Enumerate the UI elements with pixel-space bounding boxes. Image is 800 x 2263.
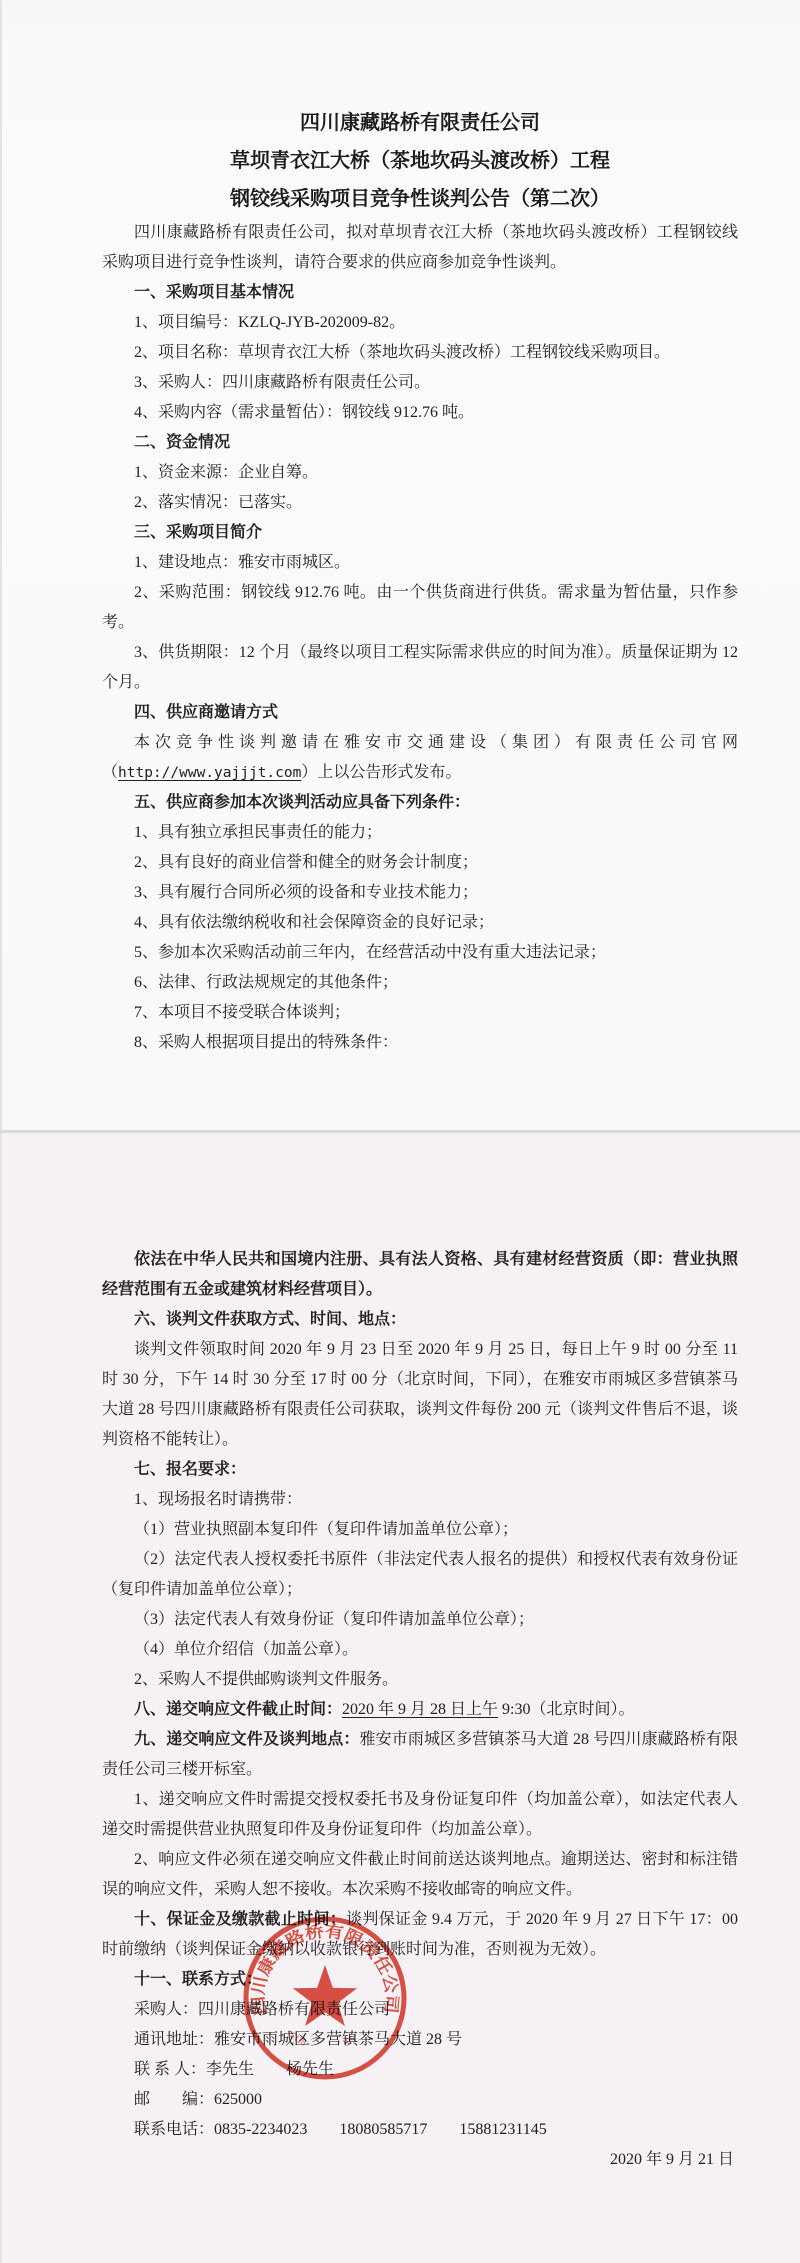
announcement-date: 2020 年 9 月 21 日 (102, 2145, 738, 2175)
s5-continuation-paragraph: 依法在中华人民共和国境内注册、具有法人资格、具有建材经营资质（即：营业执照经营范… (102, 1245, 738, 1305)
s7-item-5: （4）单位介绍信（加盖公章）。 (102, 1635, 738, 1665)
section-10-line: 十、保证金及缴款截止时间：谈判保证金 9.4 万元，于 2020 年 9 月 2… (102, 1905, 738, 1965)
s4-text-after-url: ）上以公告形式发布。 (301, 764, 461, 781)
document-page-1: 四川康藏路桥有限责任公司 草坝青衣江大桥（茶地坎码头渡改桥）工程 钢铰线采购项目… (0, 0, 800, 1130)
s1-item-4: 4、采购内容（需求量暂估）：钢铰线 912.76 吨。 (102, 398, 738, 428)
contact-phone-line: 联系电话：0835-2234023 18080585717 1588123114… (102, 2115, 738, 2145)
s1-item-1: 1、项目编号：KZLQ-JYB-202009-82。 (102, 308, 738, 338)
submission-deadline-underlined: 2020 年 9 月 28 日上午 (342, 1701, 498, 1718)
s7-item-1: 1、现场报名时请携带： (102, 1485, 738, 1515)
s5-item-4: 4、具有依法缴纳税收和社会保障资金的良好记录； (102, 908, 738, 938)
s7-item-2: （1）营业执照副本复印件（复印件请加盖单位公章）； (102, 1515, 738, 1545)
s7-item-4: （3）法定代表人有效身份证（复印件请加盖单位公章）； (102, 1605, 738, 1635)
section-1-heading: 一、采购项目基本情况 (102, 278, 738, 308)
contact-person-line: 联 系 人：李先生 杨先生 (102, 2055, 738, 2085)
section-7-heading: 七、报名要求： (102, 1455, 738, 1485)
scanned-announcement-document: { "seal": { "company": "四川康藏路桥有限责任公司", "… (0, 0, 800, 2263)
section-9-label: 九、递交响应文件及谈判地点： (134, 1731, 360, 1748)
doc-title-line-1: 四川康藏路桥有限责任公司 (102, 104, 738, 142)
intro-paragraph: 四川康藏路桥有限责任公司，拟对草坝青衣江大桥（茶地坎码头渡改桥）工程钢铰线采购项… (102, 218, 738, 278)
s2-item-1: 1、资金来源：企业自筹。 (102, 458, 738, 488)
submission-deadline-rest: 9:30（北京时间）。 (498, 1701, 634, 1718)
section-2-heading: 二、资金情况 (102, 428, 738, 458)
section-10-label: 十、保证金及缴款截止时间： (134, 1911, 346, 1928)
s2-item-2: 2、落实情况：已落实。 (102, 488, 738, 518)
s6-paragraph: 谈判文件领取时间 2020 年 9 月 23 日至 2020 年 9 月 25 … (102, 1335, 738, 1455)
s5-item-8: 8、采购人根据项目提出的特殊条件： (102, 1028, 738, 1058)
s7-item-3: （2）法定代表人授权委托书原件（非法定代表人报名的提供）和授权代表有效身份证（复… (102, 1545, 738, 1605)
s3-item-3: 3、供货期限：12 个月（最终以项目工程实际需求供应的时间为准）。质量保证期为 … (102, 638, 738, 698)
section-8-label: 八、递交响应文件截止时间： (134, 1701, 342, 1718)
section-5-heading: 五、供应商参加本次谈判活动应具备下列条件： (102, 788, 738, 818)
s5-item-7: 7、本项目不接受联合体谈判； (102, 998, 738, 1028)
section-11-heading: 十一、联系方式： (102, 1965, 738, 1995)
s5-item-6: 6、法律、行政法规规定的其他条件； (102, 968, 738, 998)
contact-address-line: 通讯地址：雅安市雨城区多营镇茶马大道 28 号 (102, 2025, 738, 2055)
s3-item-1: 1、建设地点：雅安市雨城区。 (102, 548, 738, 578)
doc-title-line-2: 草坝青衣江大桥（茶地坎码头渡改桥）工程 (102, 142, 738, 180)
s4-paragraph: 本次竞争性谈判邀请在雅安市交通建设（集团）有限责任公司官网（http://www… (102, 728, 738, 788)
section-4-heading: 四、供应商邀请方式 (102, 698, 738, 728)
doc-title-line-3: 钢铰线采购项目竞争性谈判公告（第二次） (102, 180, 738, 218)
official-website-link[interactable]: http://www.yajjjt.com (118, 765, 301, 781)
s9-item-1: 1、递交响应文件时需提交授权委托书及身份证复印件（均加盖公章），如法定代表人递交… (102, 1785, 738, 1845)
section-9-line: 九、递交响应文件及谈判地点：雅安市雨城区多营镇茶马大道 28 号四川康藏路桥有限… (102, 1725, 738, 1785)
section-3-heading: 三、采购项目简介 (102, 518, 738, 548)
section-6-heading: 六、谈判文件获取方式、时间、地点： (102, 1305, 738, 1335)
s5-item-3: 3、具有履行合同所必须的设备和专业技术能力； (102, 878, 738, 908)
document-page-2: 依法在中华人民共和国境内注册、具有法人资格、具有建材经营资质（即：营业执照经营范… (0, 1133, 800, 2263)
s7-item-6: 2、采购人不提供邮购谈判文件服务。 (102, 1665, 738, 1695)
s9-item-2: 2、响应文件必须在递交响应文件截止时间前送达谈判地点。逾期送达、密封和标注错误的… (102, 1845, 738, 1905)
contact-postcode-line: 邮 编：625000 (102, 2085, 738, 2115)
contact-purchaser-line: 采购人：四川康藏路桥有限责任公司 (102, 1995, 738, 2025)
s5-item-2: 2、具有良好的商业信誉和健全的财务会计制度； (102, 848, 738, 878)
s1-item-3: 3、采购人：四川康藏路桥有限责任公司。 (102, 368, 738, 398)
section-8-line: 八、递交响应文件截止时间：2020 年 9 月 28 日上午 9:30（北京时间… (102, 1695, 738, 1725)
s5-item-1: 1、具有独立承担民事责任的能力； (102, 818, 738, 848)
s3-item-2: 2、采购范围：钢铰线 912.76 吨。由一个供货商进行供货。需求量为暂估量，只… (102, 578, 738, 638)
s1-item-2: 2、项目名称：草坝青衣江大桥（茶地坎码头渡改桥）工程钢铰线采购项目。 (102, 338, 738, 368)
s5-item-5: 5、参加本次采购活动前三年内，在经营活动中没有重大违法记录； (102, 938, 738, 968)
